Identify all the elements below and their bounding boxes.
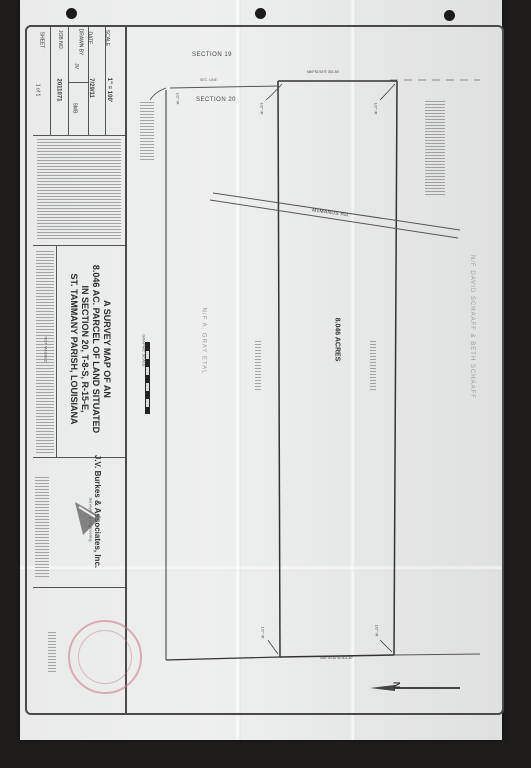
parcel-area-label: 8.046 ACRES	[333, 318, 340, 362]
dimension-west	[255, 340, 261, 390]
dimension-east	[370, 340, 376, 390]
section-20-label: SECTION 20	[196, 97, 236, 103]
north-arrow-label: N	[391, 682, 401, 689]
iron-rod-label: 1/2" IR	[176, 92, 181, 104]
iron-rod-label: 1/2" IR	[261, 626, 266, 638]
corner-note	[140, 100, 154, 160]
section-line-label: SEC. LINE	[200, 78, 217, 82]
section-19-label: SECTION 19	[192, 52, 232, 58]
iron-rod-label: 1/2" IR	[374, 102, 379, 114]
top-boundary-dimension: N89°51'54"E 301.50'	[307, 70, 339, 74]
iron-rod-label: 1/2" IR	[375, 624, 380, 636]
adjacent-owner-east: N/F DAVID SCHAAFF & BETH SCHAAFF	[469, 255, 475, 399]
iron-rod-label: 1/2" IR	[260, 102, 265, 114]
reference-notes	[425, 100, 445, 195]
survey-document: SCALE 1" = 100' DATE 7/29/11 DRAWN BY JV…	[20, 0, 502, 740]
adjacent-owner-west: N/F A. GRAY ETAL	[201, 307, 207, 374]
bottom-boundary-dimension: S89°30'30"W 301.50'	[320, 656, 353, 660]
